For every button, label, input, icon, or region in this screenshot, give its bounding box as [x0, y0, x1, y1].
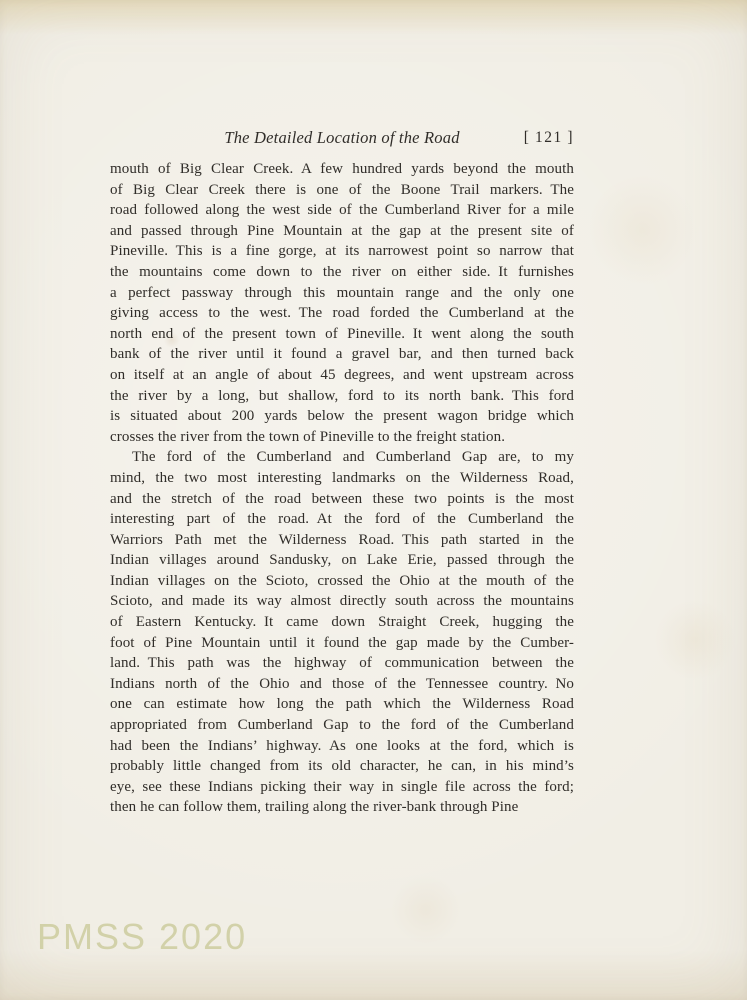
- text-line: of Eastern Kentucky. It came down Straig…: [110, 612, 574, 633]
- text-line: a perfect passway through this mountain …: [110, 283, 574, 304]
- text-line: eye, see these Indians picking their way…: [110, 777, 574, 798]
- text-line: probably little changed from its old cha…: [110, 756, 574, 777]
- text-line: Indian villages around Sandusky, on Lake…: [110, 550, 574, 571]
- text-line: north end of the present town of Pinevil…: [110, 324, 574, 345]
- text-line: crosses the river from the town of Pinev…: [110, 427, 574, 448]
- text-line: bank of the river until it found a grave…: [110, 344, 574, 365]
- text-line: had been the Indians’ highway. As one lo…: [110, 736, 574, 757]
- text-line: The ford of the Cumberland and Cumberlan…: [110, 447, 574, 468]
- text-line: Scioto, and made its way almost directly…: [110, 591, 574, 612]
- text-line: appropriated from Cumberland Gap to the …: [110, 715, 574, 736]
- text-line: Indians north of the Ohio and those of t…: [110, 674, 574, 695]
- body-text: mouth of Big Clear Creek. A few hundred …: [110, 159, 574, 818]
- text-line: the mountains come down to the river on …: [110, 262, 574, 283]
- text-line: and the stretch of the road between thes…: [110, 489, 574, 510]
- text-line: land. This path was the highway of commu…: [110, 653, 574, 674]
- text-line: on itself at an angle of about 45 degree…: [110, 365, 574, 386]
- text-line: Warriors Path met the Wilderness Road. T…: [110, 530, 574, 551]
- text-line: one can estimate how long the path which…: [110, 694, 574, 715]
- text-block: The Detailed Location of the Road [ 121 …: [110, 128, 574, 818]
- watermark: PMSS 2020: [37, 916, 247, 958]
- chapter-title: The Detailed Location of the Road: [224, 128, 459, 147]
- text-line: of Big Clear Creek there is one of the B…: [110, 180, 574, 201]
- text-line: mind, the two most interesting landmarks…: [110, 468, 574, 489]
- text-line: foot of Pine Mountain until it found the…: [110, 633, 574, 654]
- text-line: the river by a long, but shallow, ford t…: [110, 386, 574, 407]
- running-head: The Detailed Location of the Road [ 121 …: [110, 128, 574, 148]
- text-line: Pineville. This is a fine gorge, at its …: [110, 241, 574, 262]
- text-line: giving access to the west. The road ford…: [110, 303, 574, 324]
- text-line: Indian villages on the Scioto, crossed t…: [110, 571, 574, 592]
- text-line: mouth of Big Clear Creek. A few hundred …: [110, 159, 574, 180]
- scanned-book-page: The Detailed Location of the Road [ 121 …: [0, 0, 747, 1000]
- page-number: [ 121 ]: [524, 128, 574, 148]
- text-line: interesting part of the road. At the for…: [110, 509, 574, 530]
- text-line: and passed through Pine Mountain at the …: [110, 221, 574, 242]
- text-line: then he can follow them, trailing along …: [110, 797, 574, 818]
- text-line: is situated about 200 yards below the pr…: [110, 406, 574, 427]
- text-line: road followed along the west side of the…: [110, 200, 574, 221]
